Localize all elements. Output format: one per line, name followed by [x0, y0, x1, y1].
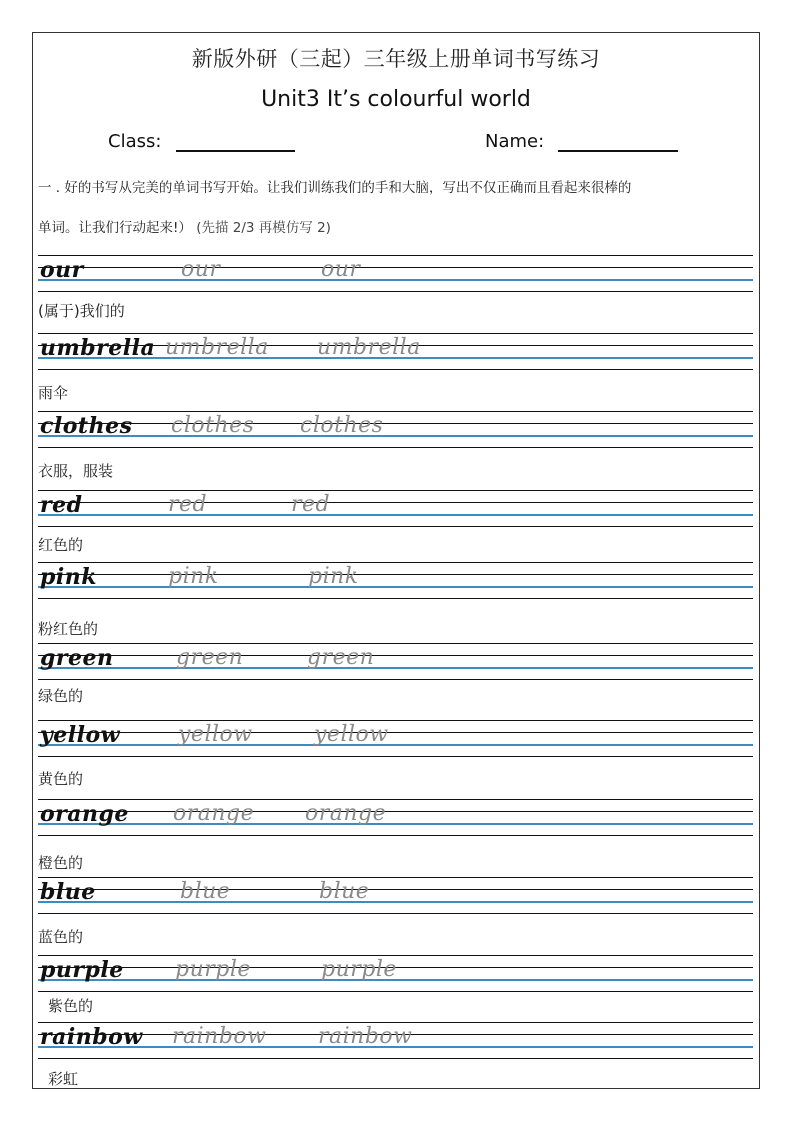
- writing-lines-red[interactable]: red red red: [38, 490, 753, 527]
- guide-line: [38, 423, 753, 424]
- writing-lines-umbrella[interactable]: umbrella umbrella umbrella: [38, 333, 753, 370]
- model-word: purple: [40, 958, 124, 982]
- trace-word: umbrella: [317, 336, 421, 360]
- trace-word: blue: [180, 880, 230, 904]
- trace-word: orange: [305, 802, 386, 826]
- word-meaning: 雨伞: [38, 382, 68, 403]
- trace-word: pink: [308, 565, 359, 589]
- name-label: Name:: [485, 131, 544, 152]
- writing-lines-our[interactable]: our our our: [38, 255, 753, 292]
- model-word: blue: [40, 880, 96, 904]
- word-meaning: (属于)我们的: [38, 300, 125, 321]
- writing-lines-pink[interactable]: pink pink pink: [38, 562, 753, 599]
- model-word: rainbow: [40, 1025, 143, 1049]
- model-word: orange: [40, 802, 129, 826]
- word-meaning: 蓝色的: [38, 926, 83, 947]
- guide-line: [38, 291, 753, 292]
- writing-lines-green[interactable]: green green green: [38, 643, 753, 680]
- guide-line: [38, 490, 753, 491]
- word-meaning: 粉红色的: [38, 618, 98, 639]
- model-word: pink: [40, 565, 97, 589]
- class-field[interactable]: [176, 150, 295, 152]
- model-word: clothes: [40, 414, 132, 438]
- guide-line: [38, 369, 753, 370]
- guide-line: [38, 955, 753, 956]
- guide-line: [38, 835, 753, 836]
- guide-line: [38, 598, 753, 599]
- instruction-text: 单词。让我们行动起来!）: [38, 220, 192, 236]
- unit-title: Unit3 It’s colourful world: [32, 87, 760, 112]
- baseline: [38, 514, 753, 516]
- guide-line: [38, 643, 753, 644]
- writing-lines-yellow[interactable]: yellow yellow yellow: [38, 720, 753, 757]
- model-word: green: [40, 646, 113, 670]
- name-field[interactable]: [558, 150, 678, 152]
- trace-word: blue: [319, 880, 369, 904]
- word-meaning: 紫色的: [48, 995, 93, 1016]
- trace-word: yellow: [314, 723, 389, 747]
- word-meaning: 绿色的: [38, 685, 83, 706]
- model-word: red: [40, 493, 82, 517]
- writing-lines-purple[interactable]: purple purple purple: [38, 955, 753, 992]
- guide-line: [38, 877, 753, 878]
- guide-line: [38, 562, 753, 563]
- writing-lines-blue[interactable]: blue blue blue: [38, 877, 753, 914]
- trace-word: purple: [175, 958, 251, 982]
- model-word: umbrella: [40, 336, 155, 360]
- guide-line: [38, 720, 753, 721]
- baseline: [38, 901, 753, 903]
- baseline: [38, 823, 753, 825]
- trace-word: clothes: [300, 414, 383, 438]
- guide-line: [38, 1022, 753, 1023]
- trace-word: our: [321, 258, 360, 282]
- writing-lines-orange[interactable]: orange orange orange: [38, 799, 753, 836]
- writing-lines-clothes[interactable]: clothes clothes clothes: [38, 411, 753, 448]
- guide-line: [38, 267, 753, 268]
- trace-word: yellow: [178, 723, 253, 747]
- instruction-hint: (先描 2/3 再模仿写 2): [196, 220, 331, 236]
- guide-line: [38, 447, 753, 448]
- word-meaning: 红色的: [38, 534, 83, 555]
- word-meaning: 橙色的: [38, 852, 83, 873]
- guide-line: [38, 913, 753, 914]
- guide-line: [38, 333, 753, 334]
- word-meaning: 衣服，服装: [38, 460, 113, 481]
- guide-line: [38, 574, 753, 575]
- trace-word: rainbow: [318, 1025, 413, 1049]
- trace-word: green: [307, 646, 374, 670]
- trace-word: green: [176, 646, 243, 670]
- trace-word: pink: [168, 565, 219, 589]
- trace-word: orange: [173, 802, 254, 826]
- model-word: yellow: [40, 723, 120, 747]
- guide-line: [38, 799, 753, 800]
- guide-line: [38, 811, 753, 812]
- guide-line: [38, 655, 753, 656]
- guide-line: [38, 1058, 753, 1059]
- guide-line: [38, 756, 753, 757]
- guide-line: [38, 991, 753, 992]
- baseline: [38, 667, 753, 669]
- trace-word: umbrella: [165, 336, 269, 360]
- baseline: [38, 586, 753, 588]
- trace-word: red: [168, 493, 207, 517]
- instruction-line-2: 单词。让我们行动起来!） (先描 2/3 再模仿写 2): [38, 216, 331, 236]
- guide-line: [38, 255, 753, 256]
- guide-line: [38, 502, 753, 503]
- writing-lines-rainbow[interactable]: rainbow rainbow rainbow: [38, 1022, 753, 1059]
- guide-line: [38, 889, 753, 890]
- trace-word: rainbow: [172, 1025, 267, 1049]
- guide-line: [38, 411, 753, 412]
- class-label: Class:: [108, 131, 161, 152]
- worksheet-title-cn: 新版外研（三起）三年级上册单词书写练习: [32, 43, 760, 73]
- baseline: [38, 744, 753, 746]
- trace-word: purple: [321, 958, 397, 982]
- model-word: our: [40, 258, 84, 282]
- trace-word: our: [181, 258, 220, 282]
- trace-word: red: [291, 493, 330, 517]
- baseline: [38, 279, 753, 281]
- guide-line: [38, 526, 753, 527]
- guide-line: [38, 732, 753, 733]
- instruction-line-1: 一 . 好的书写从完美的单词书写开始。让我们训练我们的手和大脑，写出不仅正确而且…: [38, 176, 631, 196]
- word-meaning: 彩虹: [48, 1068, 78, 1089]
- baseline: [38, 435, 753, 437]
- word-meaning: 黄色的: [38, 768, 83, 789]
- trace-word: clothes: [171, 414, 254, 438]
- guide-line: [38, 679, 753, 680]
